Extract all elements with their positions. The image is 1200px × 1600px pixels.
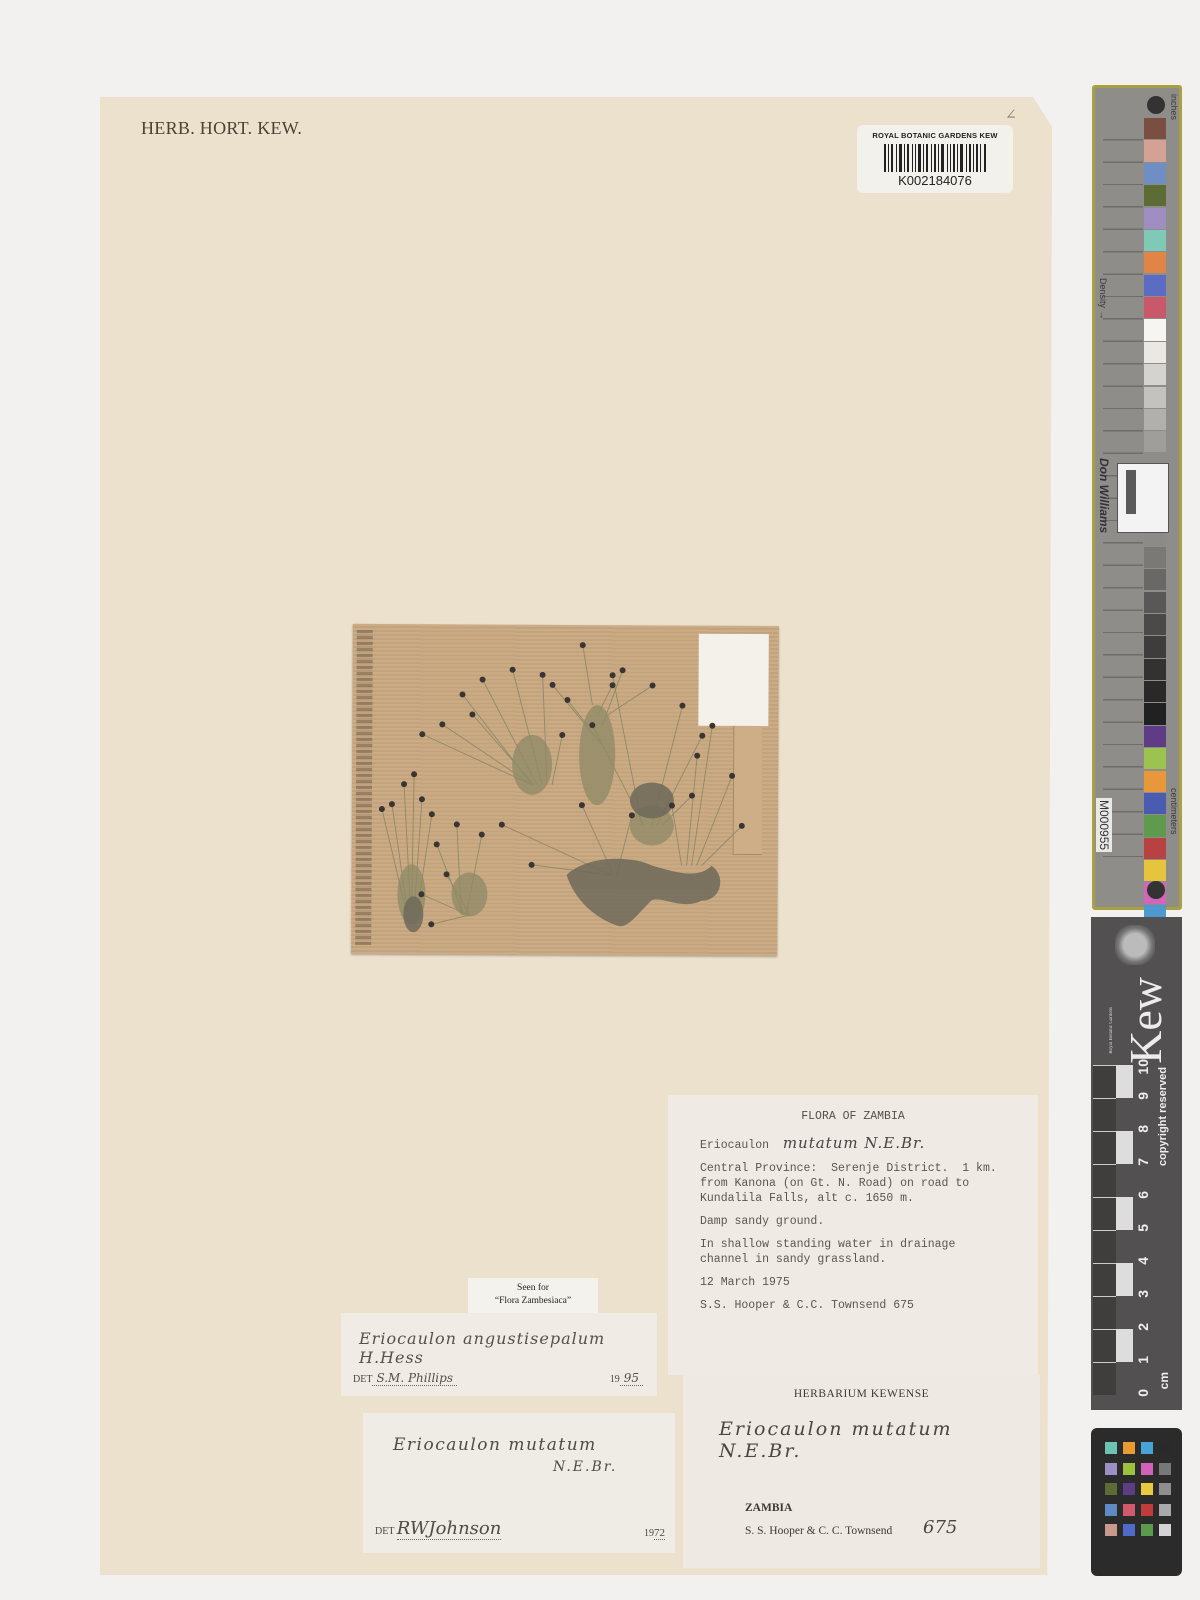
ruler-number: 7 (1135, 1158, 1151, 1166)
det-prefix: DET (353, 1374, 372, 1385)
color-swatch (1144, 681, 1166, 702)
collectors-text: S.S. Hooper & C.C. Townsend 675 (700, 1298, 1038, 1313)
color-card-swatch (1159, 1504, 1171, 1516)
color-card-swatch (1123, 1463, 1135, 1475)
ruler-block (1093, 1329, 1116, 1362)
barcode-number: K002184076 (857, 173, 1013, 188)
color-swatch (1144, 659, 1166, 680)
seen-for-label: Seen for “Flora Zambesiaca” (468, 1278, 598, 1313)
color-swatch (1144, 208, 1166, 229)
determiner: S.M. Phillips (372, 1371, 457, 1386)
color-swatch (1144, 726, 1166, 747)
resolution-target (1117, 463, 1169, 533)
color-swatch (1144, 387, 1166, 408)
ruler-block (1116, 1131, 1133, 1164)
ruler-block (1116, 1197, 1133, 1230)
color-card-swatch (1105, 1504, 1117, 1516)
ruler-number: 6 (1135, 1191, 1151, 1199)
cm-numbers: 109876543210 (1135, 1065, 1155, 1405)
color-card (1091, 1428, 1182, 1576)
density-label: Density → (1098, 278, 1108, 320)
ruler-number: 8 (1135, 1125, 1151, 1133)
color-swatch (1144, 364, 1166, 385)
color-card-swatch (1123, 1524, 1135, 1536)
det-prefix: DET (375, 1526, 394, 1537)
hole-icon (1147, 96, 1165, 114)
color-card-swatch (1105, 1483, 1117, 1495)
color-swatch (1144, 252, 1166, 273)
country: ZAMBIA (745, 1502, 792, 1514)
checker-code: M000955 (1096, 798, 1112, 852)
ruler-block (1116, 1065, 1133, 1098)
year-suffix: 95 (620, 1371, 643, 1386)
pressed-plant-illustration (351, 624, 779, 956)
color-swatch (1144, 185, 1166, 206)
hole-icon (1147, 881, 1165, 899)
determiner-signature: RWJohnson (397, 1518, 502, 1540)
taxon-line: Eriocaulon mutatum N.E.Br. (700, 1136, 1038, 1153)
color-swatch (1144, 275, 1166, 296)
color-swatch (1144, 815, 1166, 836)
specimen-card (351, 624, 779, 956)
locality-text: Central Province: Serenje District. 1 km… (700, 1161, 1038, 1206)
color-swatch (1144, 703, 1166, 724)
ruler-number: 0 (1135, 1389, 1151, 1397)
label-heading: FLORA OF ZAMBIA (668, 1109, 1038, 1124)
color-card-swatch (1159, 1483, 1171, 1495)
ruler-block (1093, 1263, 1116, 1296)
taxon-handwritten: Eriocaulon mutatum N.E.Br. (719, 1418, 1040, 1462)
ruler-block (1093, 1065, 1116, 1098)
collectors: S. S. Hooper & C. C. Townsend (745, 1525, 892, 1537)
ruler-number: 5 (1135, 1224, 1151, 1232)
kew-logo: Kew (1119, 977, 1172, 1064)
centimeters-label: centimeters (1169, 788, 1179, 835)
color-swatch (1144, 771, 1166, 792)
color-card-swatch (1141, 1504, 1153, 1516)
determination-slip-1: Eriocaulon angustisepalum H.Hess DETS.M.… (341, 1313, 657, 1396)
color-card-swatch (1159, 1442, 1171, 1454)
color-swatch (1144, 860, 1166, 881)
color-swatch (1144, 431, 1166, 452)
color-card-swatch (1159, 1524, 1171, 1536)
determined-name: Eriocaulon angustisepalum H.Hess (359, 1329, 657, 1367)
seen-line-2: “Flora Zambesiaca” (468, 1295, 598, 1308)
ruler-block (1093, 1296, 1116, 1329)
notes-text: In shallow standing water in drainage ch… (700, 1237, 1038, 1267)
ruler-block (1116, 1263, 1133, 1296)
determination-slip-2: Eriocaulon mutatum N.E.Br. DET RWJohnson… (363, 1413, 675, 1553)
color-swatch (1144, 230, 1166, 251)
collection-number: 675 (923, 1517, 957, 1538)
color-card-swatch (1141, 1483, 1153, 1495)
cm-ruler (1091, 1065, 1135, 1405)
ruler-block (1093, 1230, 1116, 1263)
color-card-swatch (1123, 1504, 1135, 1516)
herbarium-header: HERB. HORT. KEW. (141, 118, 302, 139)
ruler-block (1093, 1098, 1116, 1131)
color-card-swatch (1123, 1442, 1135, 1454)
ruler-number: 10 (1135, 1059, 1151, 1075)
color-swatch (1144, 793, 1166, 814)
barcode-organization: ROYAL BOTANIC GARDENS KEW (857, 131, 1013, 140)
color-swatch (1144, 547, 1166, 568)
color-swatch (1144, 118, 1166, 139)
color-swatch (1144, 748, 1166, 769)
crest-icon (1115, 925, 1155, 965)
color-swatch (1144, 409, 1166, 430)
color-swatch (1144, 592, 1166, 613)
color-swatch (1144, 319, 1166, 340)
color-swatch (1144, 163, 1166, 184)
habitat-text: Damp sandy ground. (700, 1214, 1038, 1229)
ruler-number: 1 (1135, 1356, 1151, 1364)
determined-authority: N.E.Br. (553, 1459, 675, 1475)
color-card-grid (1105, 1442, 1171, 1536)
color-card-swatch (1141, 1442, 1153, 1454)
year-suffix: 72 (654, 1527, 665, 1540)
ruler-number: 9 (1135, 1092, 1151, 1100)
seen-line-1: Seen for (468, 1282, 598, 1295)
ruler-number: 2 (1135, 1323, 1151, 1331)
collection-label: FLORA OF ZAMBIA Eriocaulon mutatum N.E.B… (668, 1095, 1038, 1375)
brand-label: Don Williams (1097, 458, 1111, 533)
ruler-number: 4 (1135, 1257, 1151, 1265)
year-prefix: 19 (610, 1374, 620, 1385)
color-card-swatch (1141, 1524, 1153, 1536)
ruler-block (1093, 1362, 1116, 1395)
kew-subtitle: Royal Botanic Gardens (1109, 1007, 1114, 1054)
color-card-swatch (1123, 1483, 1135, 1495)
color-checker-strip: inches centimeters Density → Don William… (1092, 85, 1182, 910)
color-card-swatch (1141, 1463, 1153, 1475)
color-swatch (1144, 636, 1166, 657)
species-handwritten: mutatum N.E.Br. (783, 1134, 926, 1152)
color-card-swatch (1105, 1463, 1117, 1475)
color-card-swatch (1105, 1442, 1117, 1454)
color-card-swatch (1105, 1524, 1117, 1536)
color-swatch (1144, 614, 1166, 635)
ruler-block (1093, 1164, 1116, 1197)
determined-name: Eriocaulon mutatum (393, 1435, 675, 1455)
herbarium-kewense-label: HERBARIUM KEWENSE Eriocaulon mutatum N.E… (683, 1375, 1040, 1568)
unit-label: cm (1157, 1372, 1171, 1389)
label-heading: HERBARIUM KEWENSE (683, 1388, 1040, 1400)
ruler-block (1093, 1131, 1116, 1164)
copyright-text: copyright reserved (1157, 1067, 1169, 1166)
color-swatch (1144, 342, 1166, 363)
color-card-swatch (1159, 1463, 1171, 1475)
color-swatch (1144, 838, 1166, 859)
barcode-icon (884, 144, 986, 172)
year-prefix: 19 (644, 1528, 654, 1539)
color-swatch (1144, 569, 1166, 590)
kew-scale-bar: Kew Royal Botanic Gardens 109876543210 c… (1091, 917, 1182, 1410)
genus: Eriocaulon (700, 1139, 769, 1152)
color-swatch (1144, 297, 1166, 318)
collection-date: 12 March 1975 (700, 1275, 1038, 1290)
color-swatch (1144, 140, 1166, 161)
ruler-block (1116, 1329, 1133, 1362)
barcode-label: ROYAL BOTANIC GARDENS KEW K002184076 (857, 125, 1013, 193)
ruler-number: 3 (1135, 1290, 1151, 1298)
inches-label: inches (1169, 94, 1179, 120)
pencil-mark: ∠ (1005, 107, 1017, 123)
ruler-block (1093, 1197, 1116, 1230)
